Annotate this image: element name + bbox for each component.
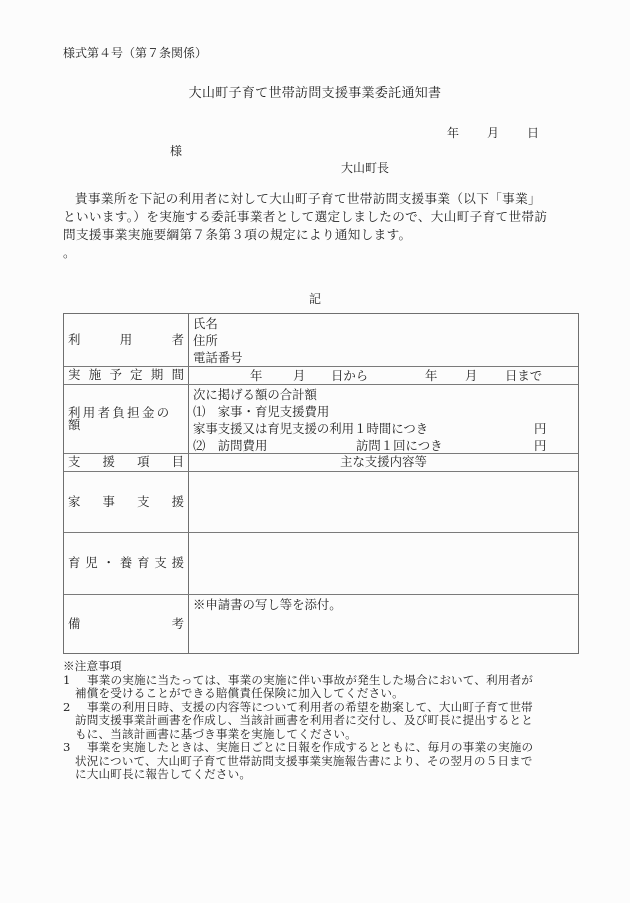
- end-day-label: 日まで: [505, 370, 542, 382]
- label-char: 支: [137, 496, 149, 508]
- end-month-label: 月: [465, 370, 477, 382]
- start-day-label: 日から: [331, 370, 368, 382]
- ki-heading: 記: [0, 293, 630, 305]
- note-line: に大山町長に報告してください。: [75, 767, 251, 781]
- note-number: 1: [63, 674, 75, 688]
- label-char: 養: [120, 557, 132, 569]
- label-char: 者: [172, 334, 184, 346]
- per-visit-text: 訪問１回につき: [356, 437, 443, 454]
- note-item-1: 1事業の実施に当たっては、事業の実施に伴い事故が発生した場合において、利用者が …: [63, 674, 583, 701]
- label-char: 施: [89, 369, 101, 381]
- label-char: 事: [103, 496, 115, 508]
- label-remarks: 備 考: [64, 595, 189, 653]
- notes-section: ※注意事項 1事業の実施に当たっては、事業の実施に伴い事故が発生した場合において…: [63, 660, 583, 782]
- label-char: 援: [172, 557, 184, 569]
- start-year-label: 年: [250, 370, 262, 382]
- date-day-label: 日: [527, 127, 539, 139]
- support-content-header: 主な支援内容等: [189, 454, 578, 471]
- housework-content-field[interactable]: [189, 472, 578, 532]
- label-char: 定: [130, 369, 142, 381]
- note-line: もに、当該計画書に基づき事業を実施してください。: [75, 727, 357, 741]
- fee-cell[interactable]: 次に掲げる額の合計額 ⑴ 家事・育児支援費用 家事支援又は育児支援の利用１時間に…: [189, 385, 578, 453]
- note-line: 訪問支援事業計画書を作成し、当該計画書を利用者に交付し、及び町長に提出するとと: [75, 713, 533, 727]
- table-row-period: 実 施 予 定 期 間 年 月 日から 年 月 日まで: [64, 367, 578, 385]
- table-row-user: 利 用 者 氏名 住所 電話番号: [64, 314, 578, 367]
- label-char: 項: [137, 456, 149, 468]
- paragraph-line: 貴事業所を下記の利用者に対して大山町子育て世帯訪問支援事業（以下「事業」: [63, 190, 583, 208]
- label-char: 支: [154, 557, 166, 569]
- label-char: 育: [68, 557, 80, 569]
- table-row-support-header: 支 援 項 目 主な支援内容等: [64, 454, 578, 472]
- label-char: 育: [137, 557, 149, 569]
- label-char: 援: [103, 456, 115, 468]
- form-number: 様式第４号（第７条関係）: [63, 47, 207, 59]
- yen-unit: 円: [534, 420, 546, 437]
- table-row-remarks: 備 考 ※申請書の写し等を添付。: [64, 595, 578, 653]
- date-month-label: 月: [487, 127, 499, 139]
- table-row-housework: 家 事 支 援: [64, 472, 578, 533]
- table-row-childcare: 育 児 ・ 養 育 支 援: [64, 533, 578, 595]
- addressee-suffix: 様: [170, 145, 182, 157]
- label-char: 予: [109, 369, 121, 381]
- details-table: 利 用 者 氏名 住所 電話番号 実 施 予 定 期 間 年 月 日から: [63, 313, 579, 654]
- period-cell[interactable]: 年 月 日から 年 月 日まで: [189, 367, 578, 384]
- notification-paragraph: 貴事業所を下記の利用者に対して大山町子育て世帯訪問支援事業（以下「事業」 といい…: [63, 190, 583, 262]
- label-char: 支: [68, 456, 80, 468]
- label-char: ・: [103, 557, 115, 569]
- yen-unit: 円: [534, 437, 546, 454]
- note-number: 3: [63, 741, 75, 755]
- childcare-content-field[interactable]: [189, 533, 578, 594]
- label-period: 実 施 予 定 期 間: [64, 367, 189, 384]
- visit-cost-text: ⑵ 訪問費用: [193, 438, 267, 453]
- note-line: 状況について、大山町子育て世帯訪問支援事業実施報告書により、その翌月の５日まで: [75, 754, 533, 768]
- fee-line-visit: ⑵ 訪問費用 訪問１回につき 円: [193, 437, 574, 454]
- paragraph-line: といいます。）を実施する委託事業者として選定しましたので、大山町子育て世帯訪: [63, 208, 583, 226]
- document-title: 大山町子育て世帯訪問支援事業委託通知書: [0, 87, 630, 100]
- label-char: 家: [68, 496, 80, 508]
- table-row-fee: 利用者負担金の額 次に掲げる額の合計額 ⑴ 家事・育児支援費用 家事支援又は育児…: [64, 385, 578, 454]
- label-char: 用: [120, 334, 132, 346]
- label-char: 間: [172, 369, 184, 381]
- label-fee: 利用者負担金の額: [64, 385, 189, 453]
- fee-line-support-cost: ⑴ 家事・育児支援費用: [193, 403, 574, 420]
- label-childcare: 育 児 ・ 養 育 支 援: [64, 533, 189, 594]
- label-char: 児: [85, 557, 97, 569]
- date-year-label: 年: [447, 127, 459, 139]
- label-housework: 家 事 支 援: [64, 472, 189, 532]
- note-line: 補償を受けることができる賠償責任保険に加入してください。: [75, 686, 404, 700]
- user-name-field[interactable]: 氏名: [193, 315, 574, 332]
- fee-line-hourly: 家事支援又は育児支援の利用１時間につき 円: [193, 420, 574, 437]
- label-user: 利 用 者: [64, 314, 189, 366]
- end-year-label: 年: [425, 370, 437, 382]
- label-char: 援: [172, 496, 184, 508]
- note-line: 事業の利用日時、支援の内容等について利用者の希望を勘案して、大山町子育て世帯: [87, 700, 533, 714]
- hourly-fee-text: 家事支援又は育児支援の利用１時間につき: [193, 421, 428, 436]
- header-text: 主な支援内容等: [340, 456, 427, 468]
- note-line: 事業の実施に当たっては、事業の実施に伴い事故が発生した場合において、利用者が: [87, 673, 533, 687]
- remarks-text: ※申請書の写し等を添付。: [193, 596, 574, 613]
- label-text: 利用者負担金の額: [68, 407, 184, 432]
- note-item-3: 3事業を実施したときは、実施日ごとに日報を作成するとともに、毎月の事業の実施の …: [63, 741, 583, 782]
- remarks-field[interactable]: ※申請書の写し等を添付。: [189, 595, 578, 653]
- note-item-2: 2事業の利用日時、支援の内容等について利用者の希望を勘案して、大山町子育て世帯 …: [63, 701, 583, 742]
- start-month-label: 月: [293, 370, 305, 382]
- label-support-items: 支 援 項 目: [64, 454, 189, 471]
- fee-line-total: 次に掲げる額の合計額: [193, 386, 574, 403]
- label-char: 利: [68, 334, 80, 346]
- label-char: 備: [68, 618, 80, 630]
- user-info-cell[interactable]: 氏名 住所 電話番号: [189, 314, 578, 366]
- note-number: 2: [63, 701, 75, 715]
- label-char: 実: [68, 369, 80, 381]
- label-char: 目: [172, 456, 184, 468]
- paragraph-line: 問支援事業実施要綱第７条第３項の規定により通知します。: [63, 226, 583, 244]
- issuer-name: 大山町長: [341, 162, 389, 174]
- user-address-field[interactable]: 住所: [193, 332, 574, 349]
- user-phone-field[interactable]: 電話番号: [193, 349, 574, 366]
- label-char: 期: [151, 369, 163, 381]
- label-char: 考: [172, 618, 184, 630]
- notes-heading: ※注意事項: [63, 660, 583, 674]
- note-line: 事業を実施したときは、実施日ごとに日報を作成するとともに、毎月の事業の実施の: [87, 740, 533, 754]
- paragraph-line: 。: [63, 244, 583, 262]
